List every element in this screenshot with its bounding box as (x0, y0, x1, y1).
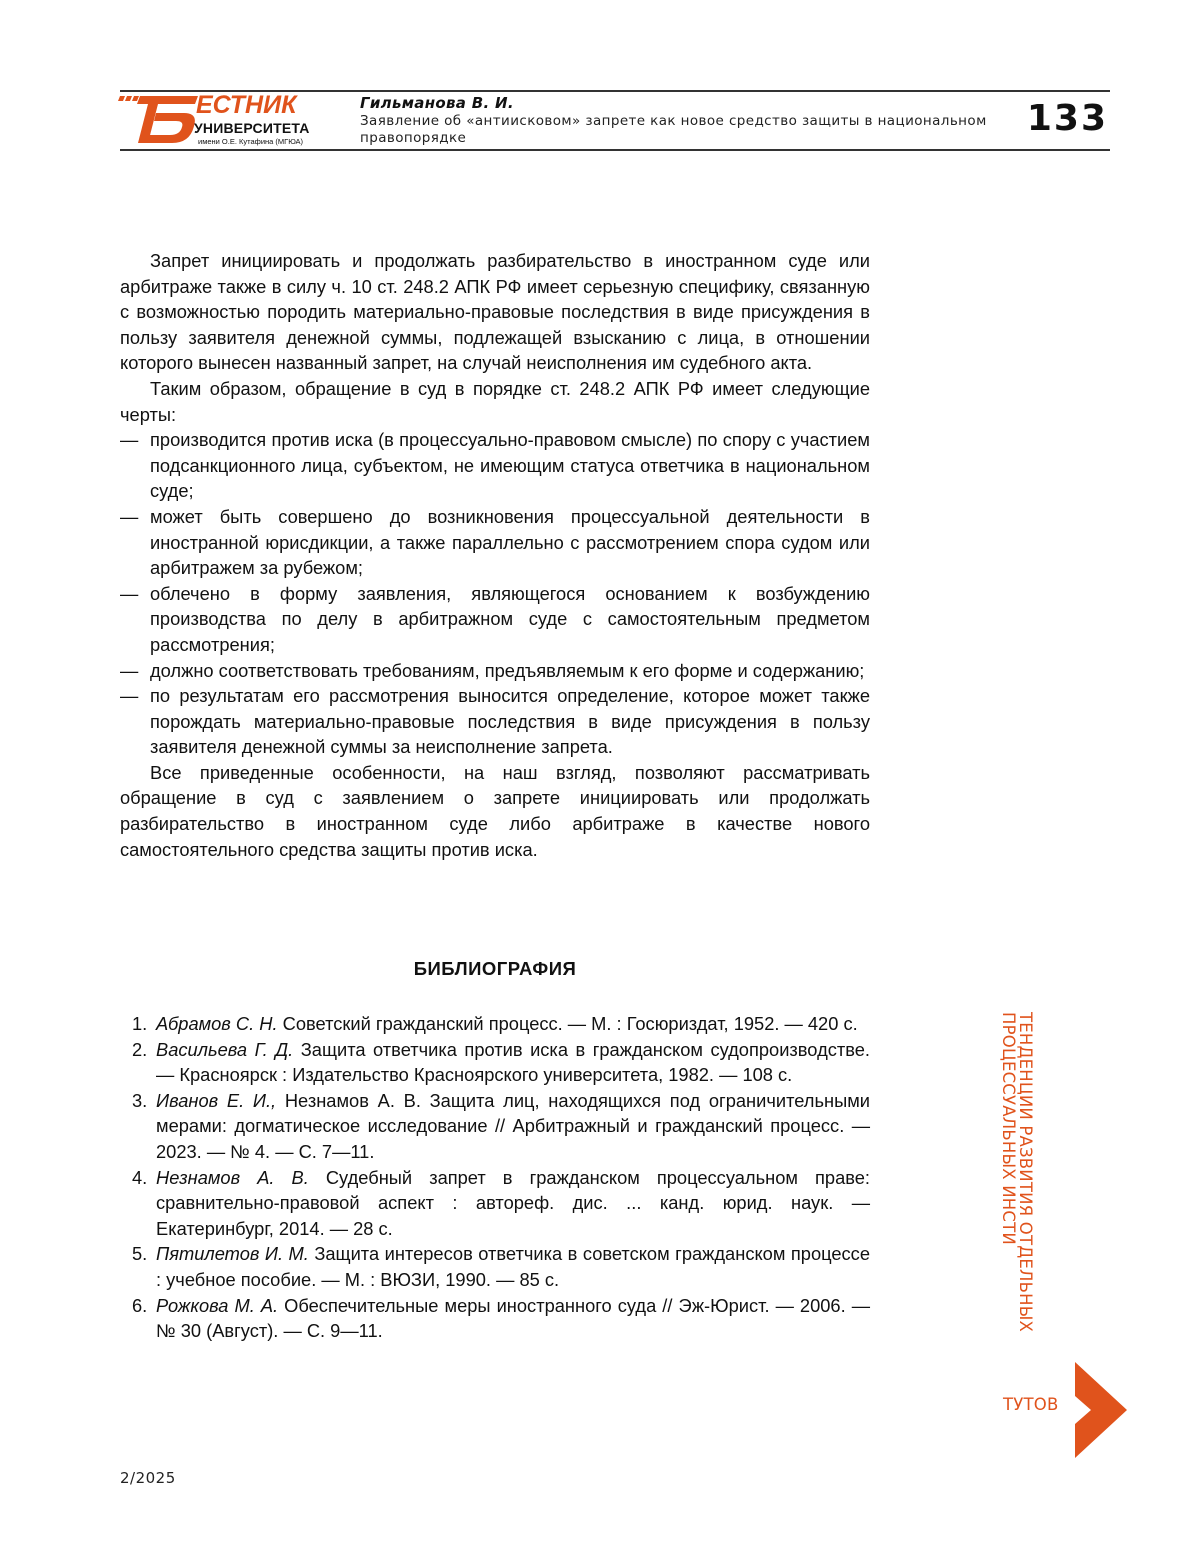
list-item-text: облечено в форму заявления, являющегося … (150, 583, 870, 655)
rubric-line-1: ТЕНДЕНЦИИ РАЗВИТИЯ ОТДЕЛЬНЫХ (1016, 1012, 1035, 1332)
list-item: —облечено в форму заявления, являющегося… (120, 581, 870, 658)
list-dash: — (120, 683, 138, 709)
bibliography-number: 4. (132, 1165, 147, 1191)
bibliography-author: Рожкова М. А. (156, 1295, 278, 1316)
list-item: —должно соответствовать требованиям, пре… (120, 658, 870, 684)
list-dash: — (120, 581, 138, 607)
bibliography-author: Васильева Г. Д. (156, 1039, 293, 1060)
list-item-text: может быть совершено до возникновения пр… (150, 506, 870, 578)
journal-logo: ЕСТНИК УНИВЕРСИТЕТА имени О.Е. Кутафина … (118, 93, 328, 147)
list-item: —может быть совершено до возникновения п… (120, 504, 870, 581)
logo-subtitle: УНИВЕРСИТЕТА (194, 120, 310, 136)
bibliography-number: 3. (132, 1088, 147, 1114)
list-item-text: по результатам его рассмотрения выноситс… (150, 685, 870, 757)
bibliography-heading: БИБЛИОГРАФИЯ (120, 958, 870, 980)
bibliography-number: 6. (132, 1293, 147, 1319)
paragraph: Таким образом, обращение в суд в порядке… (120, 376, 870, 427)
list-dash: — (120, 658, 138, 684)
section-rubric-text: ТЕНДЕНЦИИ РАЗВИТИЯ ОТДЕЛЬНЫХ ПРОЦЕССУАЛЬ… (1000, 1012, 1034, 1332)
bibliography-item: 2.Васильева Г. Д. Защита ответчика проти… (132, 1037, 870, 1088)
bibliography-number: 2. (132, 1037, 147, 1063)
article-body: Запрет инициировать и продолжать разбира… (120, 248, 870, 862)
bibliography-author: Иванов Е. И., (156, 1090, 276, 1111)
bibliography-author: Пятилетов И. М. (156, 1243, 309, 1264)
bibliography-author: Абрамов С. Н. (156, 1013, 278, 1034)
bibliography-author: Незнамов А. В. (156, 1167, 309, 1188)
bibliography-number: 5. (132, 1241, 147, 1267)
list-dash: — (120, 427, 138, 453)
bibliography-number: 1. (132, 1011, 147, 1037)
list-item-text: должно соответствовать требованиям, пред… (150, 660, 864, 681)
logo-tagline: имени О.Е. Кутафина (МГЮА) (198, 137, 303, 146)
rubric-line-3: ТУТОВ (1003, 1395, 1059, 1414)
bibliography-text: Советский гражданский процесс. — М. : Го… (278, 1013, 858, 1034)
section-rubric: ТЕНДЕНЦИИ РАЗВИТИЯ ОТДЕЛЬНЫХ ПРОЦЕССУАЛЬ… (1000, 1012, 1050, 1392)
bibliography-item: 3.Иванов Е. И., Незнамов А. В. Защита ли… (132, 1088, 870, 1165)
list-item: —по результатам его рассмотрения выносит… (120, 683, 870, 760)
arrow-right-icon (1075, 1362, 1131, 1458)
running-head-author: Гильманова В. И. (360, 94, 514, 112)
header-rule-bottom (120, 149, 1110, 151)
bibliography-item: 5.Пятилетов И. М. Защита интересов ответ… (132, 1241, 870, 1292)
list-dash: — (120, 504, 138, 530)
issue-number: 2/2025 (120, 1469, 176, 1487)
page-number: 133 (1027, 98, 1108, 139)
bibliography-list: 1.Абрамов С. Н. Советский гражданский пр… (132, 1011, 870, 1344)
rubric-line-2: ПРОЦЕССУАЛЬНЫХ ИНСТИ (999, 1012, 1018, 1245)
list-item-text: производится против иска (в процессуальн… (150, 429, 870, 501)
bibliography-item: 4.Незнамов А. В. Судебный запрет в гражд… (132, 1165, 870, 1242)
feature-list: —производится против иска (в процессуаль… (120, 427, 870, 760)
paragraph: Все приведенные особенности, на наш взгл… (120, 760, 870, 862)
bibliography-item: 1.Абрамов С. Н. Советский гражданский пр… (132, 1011, 870, 1037)
list-item: —производится против иска (в процессуаль… (120, 427, 870, 504)
running-head-title: Заявление об «антиисковом» запрете как н… (360, 113, 1000, 147)
paragraph: Запрет инициировать и продолжать разбира… (120, 248, 870, 376)
logo-title: ЕСТНИК (196, 91, 296, 120)
bibliography-item: 6.Рожкова М. А. Обеспечительные меры ино… (132, 1293, 870, 1344)
